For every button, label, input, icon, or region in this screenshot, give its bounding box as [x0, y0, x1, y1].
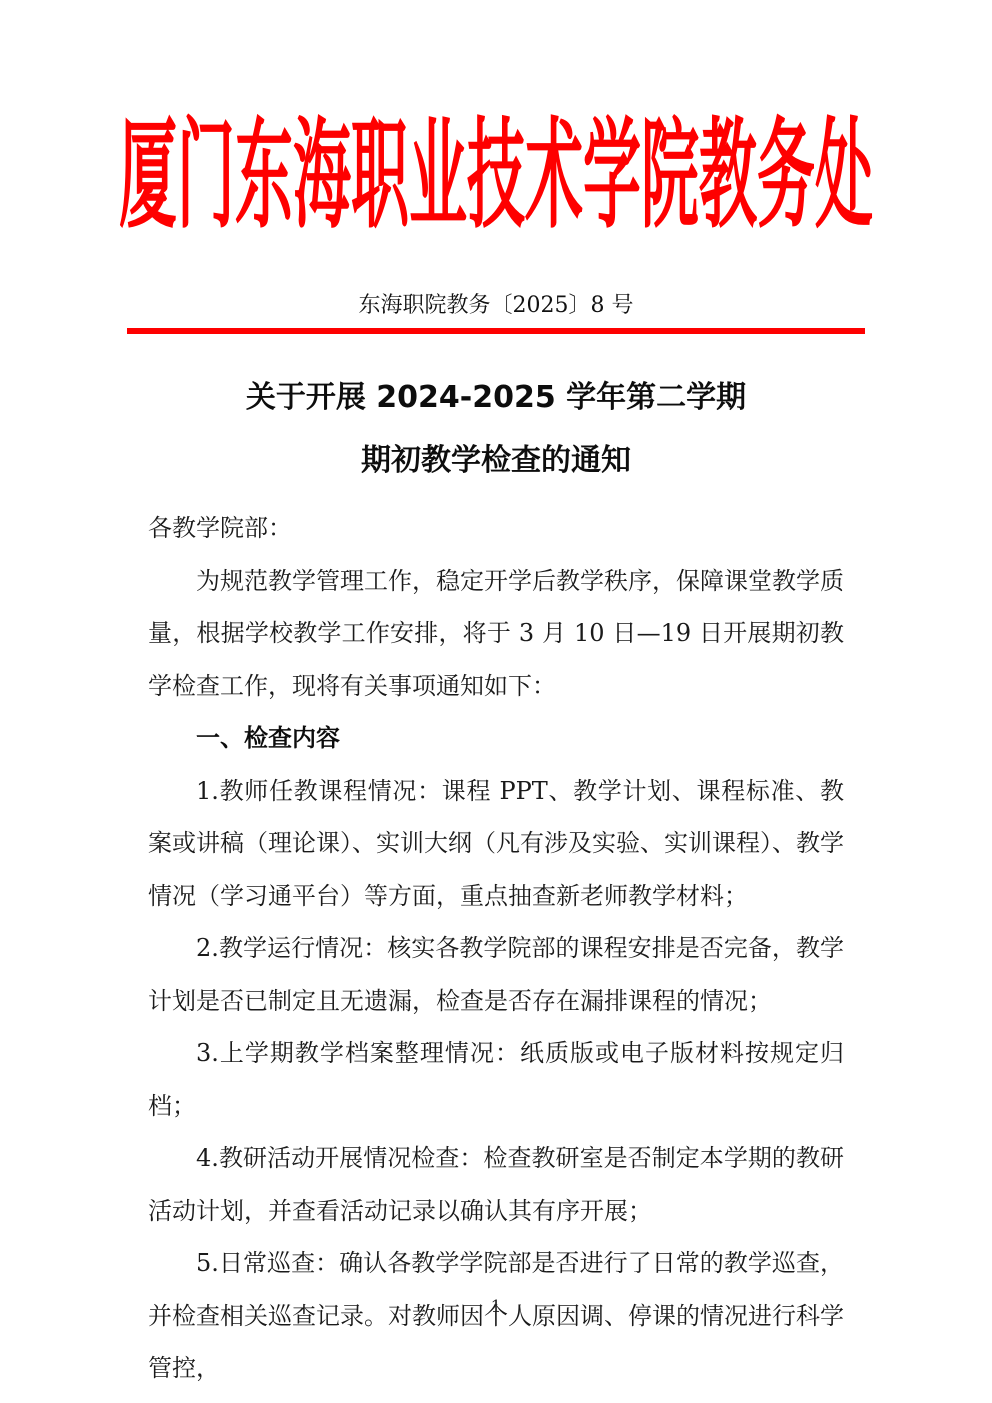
intro-paragraph: 为规范教学管理工作，稳定开学后教学秩序，保障课堂教学质量，根据学校教学工作安排，… — [148, 555, 844, 713]
notice-body: 各教学院部： 为规范教学管理工作，稳定开学后教学秩序，保障课堂教学质量，根据学校… — [148, 502, 844, 1395]
notice-title-line2: 期初教学检查的通知 — [0, 429, 992, 492]
red-header-band: 厦门东海职业技术学院教务处 — [0, 103, 992, 249]
notice-title-line1: 关于开展 2024-2025 学年第二学期 — [0, 366, 992, 429]
check-item-3: 3.上学期教学档案整理情况：纸质版或电子版材料按规定归档； — [148, 1027, 844, 1132]
document-page: 厦门东海职业技术学院教务处 东海职院教务〔2025〕8 号 关于开展 2024-… — [0, 0, 992, 1403]
section-heading-1: 一、检查内容 — [148, 712, 844, 765]
page-number: 1 — [0, 1297, 992, 1317]
check-item-1: 1.教师任教课程情况：课程 PPT、教学计划、课程标准、教案或讲稿（理论课）、实… — [148, 765, 844, 923]
notice-title: 关于开展 2024-2025 学年第二学期 期初教学检查的通知 — [0, 366, 992, 492]
document-number: 东海职院教务〔2025〕8 号 — [0, 293, 992, 319]
red-divider-line — [127, 328, 865, 334]
check-item-2: 2.教学运行情况：核实各教学院部的课程安排是否完备，教学计划是否已制定且无遗漏，… — [148, 922, 844, 1027]
check-item-4: 4.教研活动开展情况检查：检查教研室是否制定本学期的教研活动计划，并查看活动记录… — [148, 1132, 844, 1237]
agency-masthead-title: 厦门东海职业技术学院教务处 — [119, 103, 873, 247]
salutation: 各教学院部： — [148, 502, 844, 555]
